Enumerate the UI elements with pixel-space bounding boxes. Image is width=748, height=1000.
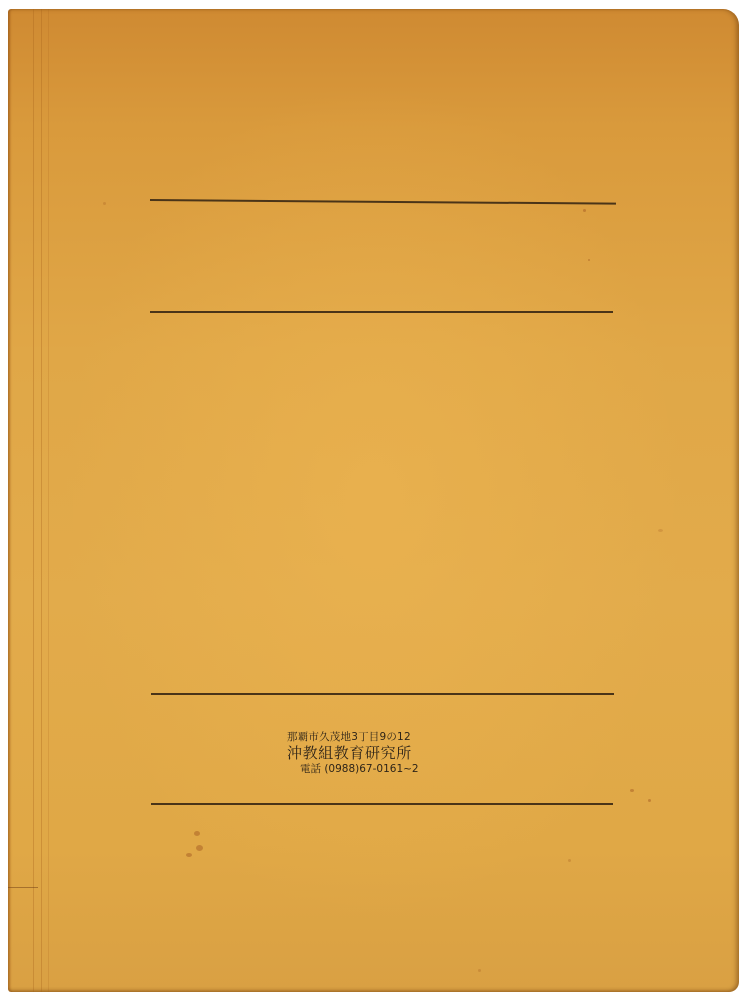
title-rule-bottom	[150, 311, 613, 313]
title-rule-top	[150, 199, 616, 204]
stain	[588, 259, 590, 261]
imprint-rule-bottom	[151, 803, 613, 805]
edge-mark	[8, 887, 38, 888]
booklet-cover: 那覇市久茂地3丁目9の12 沖教組教育研究所 電話 (0988)67-0161~…	[8, 9, 739, 992]
imprint-rule-top	[151, 693, 614, 695]
stain	[194, 831, 200, 836]
stain	[658, 529, 663, 532]
publisher-phone: 電話 (0988)67-0161~2	[287, 762, 437, 776]
publisher-imprint: 那覇市久茂地3丁目9の12 沖教組教育研究所 電話 (0988)67-0161~…	[287, 730, 437, 776]
stain	[478, 969, 481, 972]
stain	[630, 789, 634, 792]
stain	[583, 209, 586, 212]
spine-crease	[41, 9, 42, 992]
stain	[103, 202, 106, 205]
stain	[568, 859, 571, 862]
spine-crease	[48, 9, 49, 992]
publisher-address: 那覇市久茂地3丁目9の12	[287, 730, 437, 744]
spine-crease	[33, 9, 34, 992]
stain	[648, 799, 651, 802]
stain	[186, 853, 192, 857]
publisher-name: 沖教組教育研究所	[287, 744, 437, 762]
stain	[196, 845, 203, 851]
